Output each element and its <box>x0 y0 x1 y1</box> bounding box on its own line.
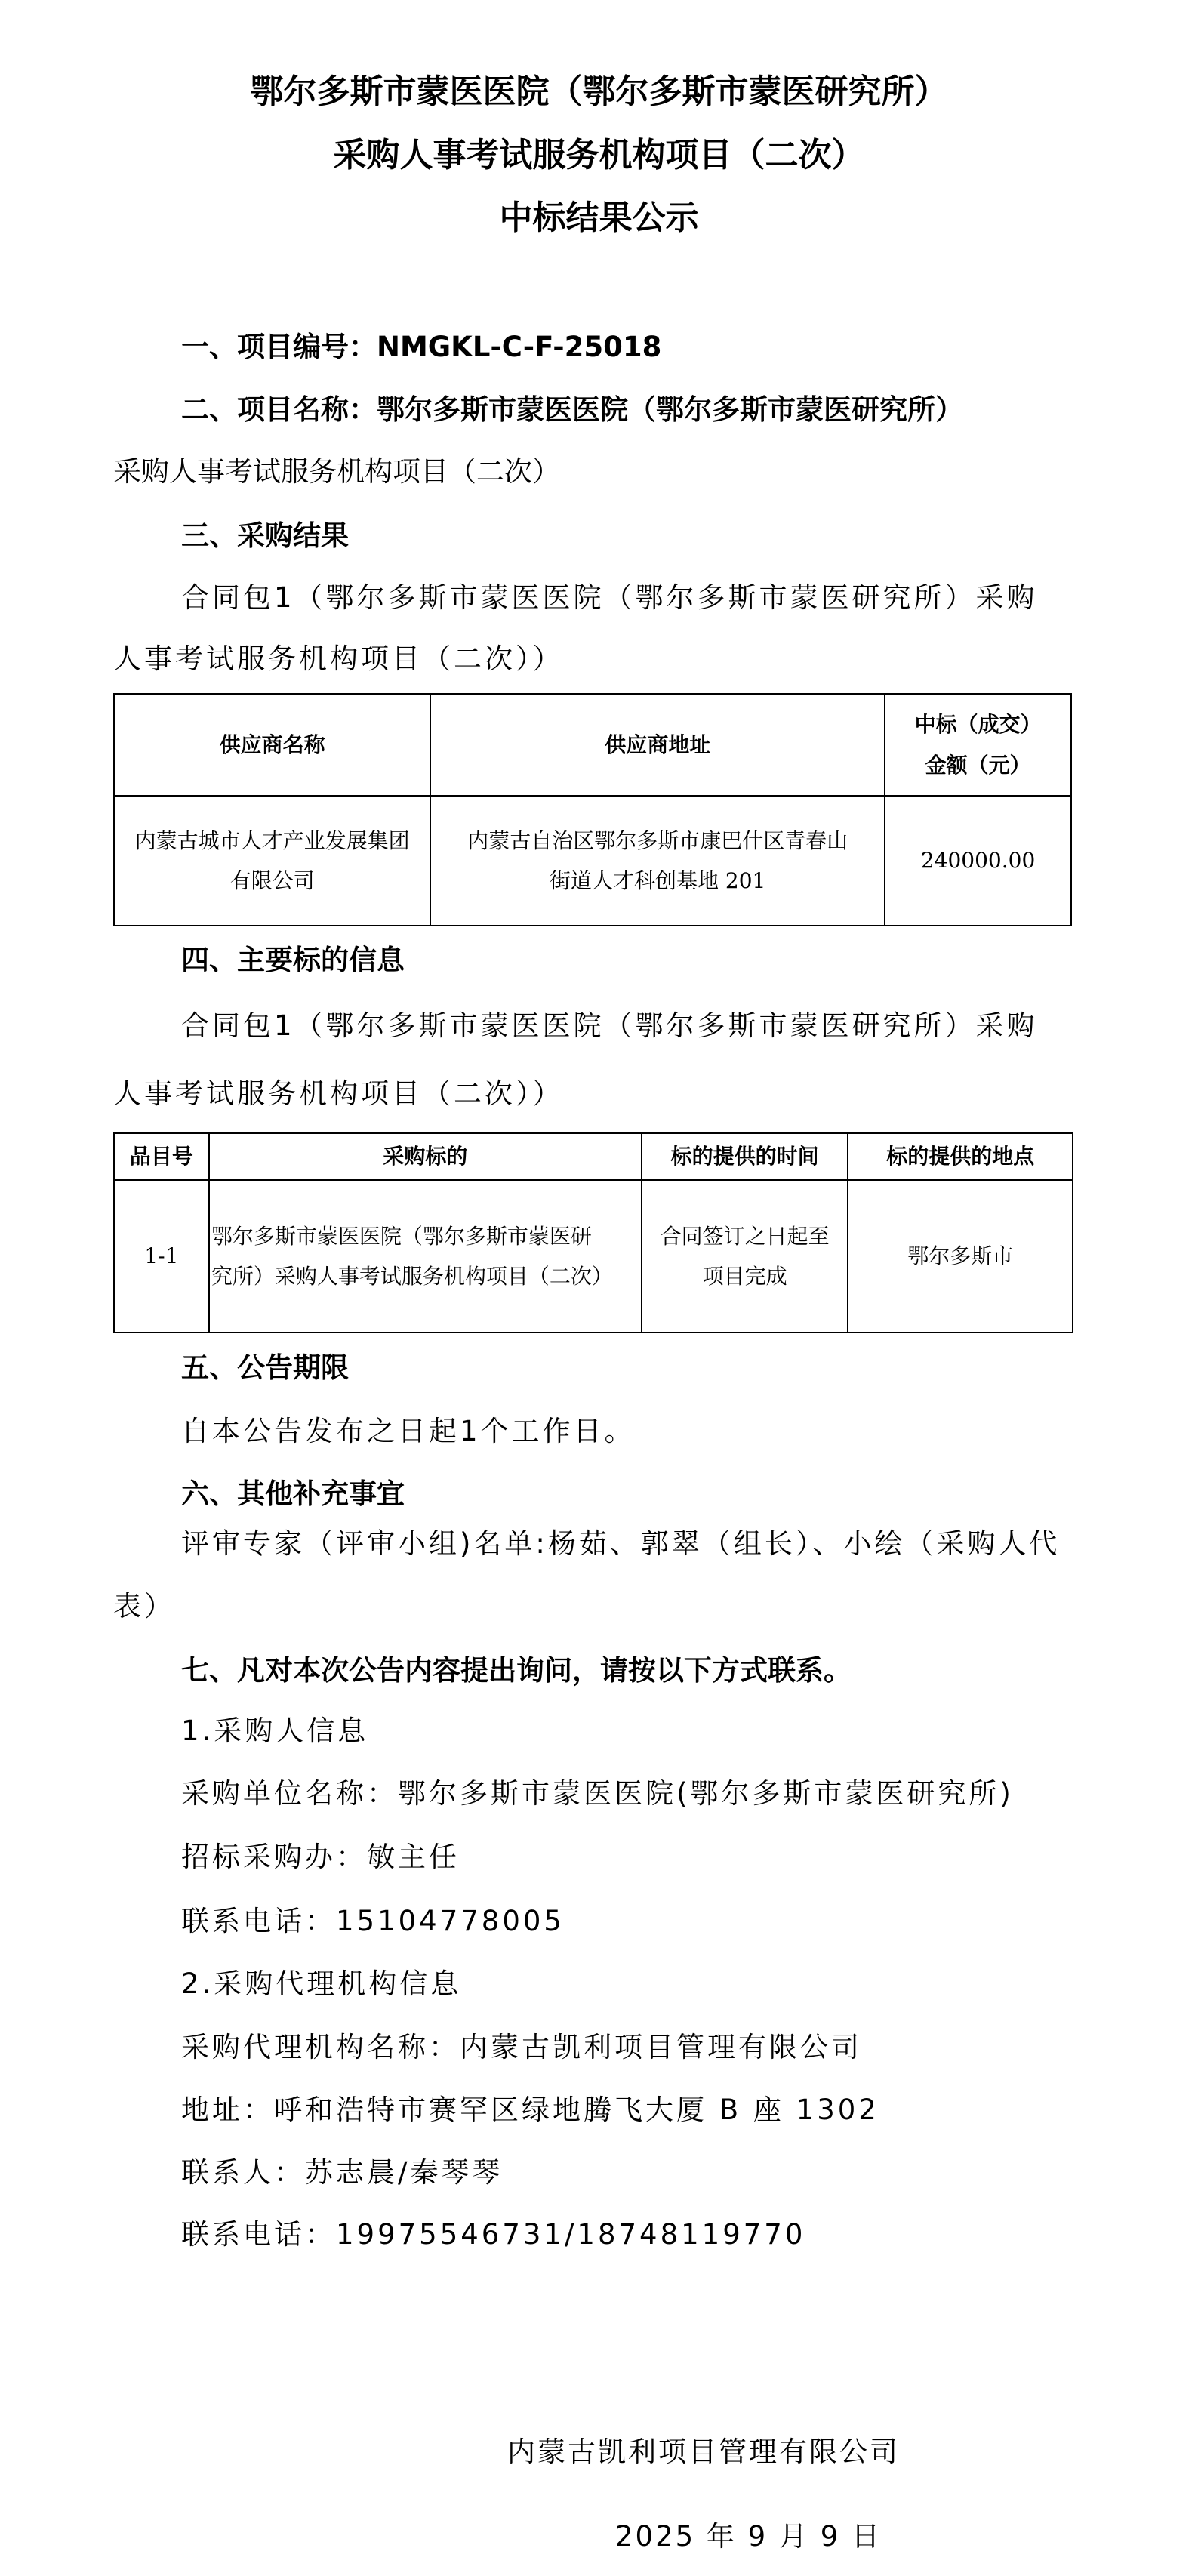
header-supplier-address: 供应商地址 <box>430 694 885 796</box>
header-amount-line-2: 金额（元） <box>887 745 1069 785</box>
purchaser-name: 采购单位名称：鄂尔多斯市蒙医医院(鄂尔多斯市蒙医研究所) <box>181 1779 1014 1807</box>
section-3-package-line-1: 合同包1（鄂尔多斯市蒙医医院（鄂尔多斯市蒙医研究所）采购 <box>181 584 1038 612</box>
section-6-heading: 六、其他补充事宜 <box>181 1480 405 1508</box>
subject-line-1: 鄂尔多斯市蒙医医院（鄂尔多斯市蒙医研 <box>211 1216 639 1256</box>
section-4-package-line-1: 合同包1（鄂尔多斯市蒙医医院（鄂尔多斯市蒙医研究所）采购 <box>181 1012 1038 1040</box>
supplier-address-line-1: 内蒙古自治区鄂尔多斯市康巴什区青春山 <box>433 821 882 861</box>
signature-date: 2025 年 9 月 9 日 <box>615 2522 882 2550</box>
supplier-name-line-1: 内蒙古城市人才产业发展集团 <box>116 821 428 861</box>
section-5-heading: 五、公告期限 <box>181 1354 349 1382</box>
table-row: 1-1 鄂尔多斯市蒙医医院（鄂尔多斯市蒙医研 究所）采购人事考试服务机构项目（二… <box>114 1180 1073 1333</box>
header-item-no: 品目号 <box>114 1133 209 1180</box>
agency-phone: 联系电话：19975546731/18748119770 <box>181 2220 805 2248</box>
header-location: 标的提供的地点 <box>848 1133 1073 1180</box>
table-header-row: 供应商名称 供应商地址 中标（成交） 金额（元） <box>114 694 1071 796</box>
header-amount: 中标（成交） 金额（元） <box>885 694 1071 796</box>
subject-line-2: 究所）采购人事考试服务机构项目（二次） <box>211 1256 639 1296</box>
section-6-text-line-1: 评审专家（评审小组)名单:杨茹、郭翠（组长）、小绘（采购人代 <box>181 1530 1060 1558</box>
section-7-heading: 七、凡对本次公告内容提出询问，请按以下方式联系。 <box>181 1656 852 1684</box>
section-6-text-line-2: 表） <box>113 1592 175 1620</box>
section-2-heading: 二、项目名称：鄂尔多斯市蒙医医院（鄂尔多斯市蒙医研究所） <box>181 396 963 424</box>
title-line-1: 鄂尔多斯市蒙医医院（鄂尔多斯市蒙医研究所） <box>0 75 1198 109</box>
supplier-name-cell: 内蒙古城市人才产业发展集团 有限公司 <box>114 796 430 926</box>
section-4-heading: 四、主要标的信息 <box>181 946 405 974</box>
supplier-address-line-2: 街道人才科创基地 201 <box>433 861 882 901</box>
header-subject: 采购标的 <box>209 1133 642 1180</box>
procurement-result-table: 供应商名称 供应商地址 中标（成交） 金额（元） 内蒙古城市人才产业发展集团 有… <box>113 693 1072 926</box>
amount-cell: 240000.00 <box>885 796 1071 926</box>
location-cell: 鄂尔多斯市 <box>848 1180 1073 1333</box>
table-header-row: 品目号 采购标的 标的提供的时间 标的提供的地点 <box>114 1133 1073 1180</box>
section-2-continuation: 采购人事考试服务机构项目（二次） <box>113 458 560 485</box>
time-line-2: 项目完成 <box>644 1256 846 1296</box>
section-5-text: 自本公告发布之日起1个工作日。 <box>181 1417 636 1445</box>
section-1-heading: 一、项目编号：NMGKL-C-F-25018 <box>181 333 661 361</box>
header-amount-line-1: 中标（成交） <box>887 704 1069 744</box>
signature-company: 内蒙古凯利项目管理有限公司 <box>507 2438 900 2466</box>
item-no-cell: 1-1 <box>114 1180 209 1333</box>
table-row: 内蒙古城市人才产业发展集团 有限公司 内蒙古自治区鄂尔多斯市康巴什区青春山 街道… <box>114 796 1071 926</box>
agency-info-label: 2.采购代理机构信息 <box>181 1970 461 1998</box>
supplier-name-line-2: 有限公司 <box>116 861 428 901</box>
section-3-heading: 三、采购结果 <box>181 522 349 550</box>
title-line-2: 采购人事考试服务机构项目（二次） <box>0 139 1198 172</box>
time-cell: 合同签订之日起至 项目完成 <box>642 1180 848 1333</box>
subject-cell: 鄂尔多斯市蒙医医院（鄂尔多斯市蒙医研 究所）采购人事考试服务机构项目（二次） <box>209 1180 642 1333</box>
purchaser-info-label: 1.采购人信息 <box>181 1717 368 1745</box>
agency-contact: 联系人：苏志晨/秦琴琴 <box>181 2158 503 2186</box>
time-line-1: 合同签订之日起至 <box>644 1216 846 1256</box>
supplier-address-cell: 内蒙古自治区鄂尔多斯市康巴什区青春山 街道人才科创基地 201 <box>430 796 885 926</box>
agency-name: 采购代理机构名称：内蒙古凯利项目管理有限公司 <box>181 2033 862 2061</box>
purchaser-office: 招标采购办：敏主任 <box>181 1843 460 1871</box>
subject-info-table: 品目号 采购标的 标的提供的时间 标的提供的地点 1-1 鄂尔多斯市蒙医医院（鄂… <box>113 1132 1073 1333</box>
section-4-package-line-2: 人事考试服务机构项目（二次）） <box>113 1080 564 1108</box>
header-supplier-name: 供应商名称 <box>114 694 430 796</box>
purchaser-phone: 联系电话：15104778005 <box>181 1907 565 1935</box>
title-line-3: 中标结果公示 <box>0 202 1198 235</box>
agency-address: 地址：呼和浩特市赛罕区绿地腾飞大厦 B 座 1302 <box>181 2096 879 2124</box>
section-3-package-line-2: 人事考试服务机构项目（二次）） <box>113 645 564 673</box>
header-time: 标的提供的时间 <box>642 1133 848 1180</box>
